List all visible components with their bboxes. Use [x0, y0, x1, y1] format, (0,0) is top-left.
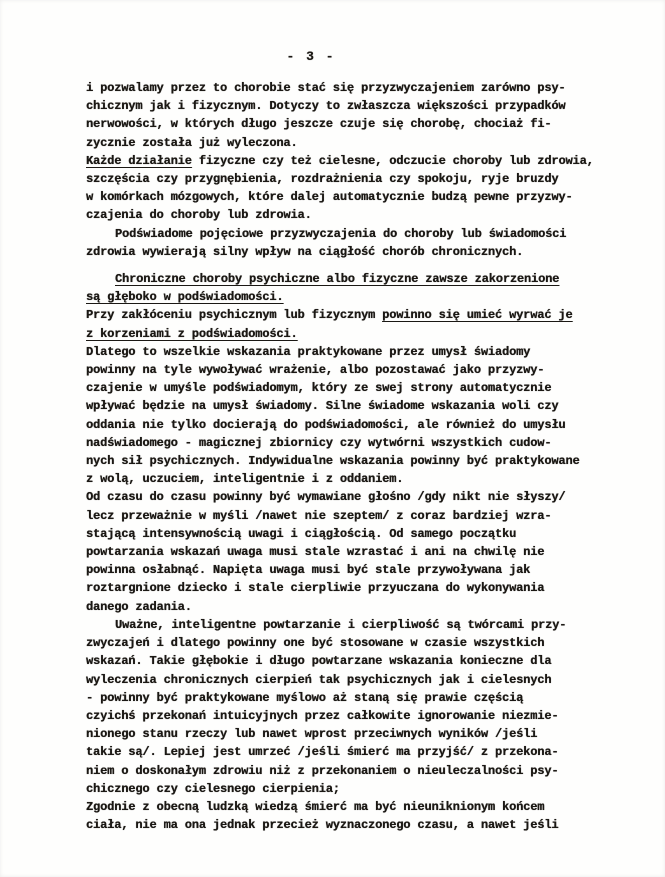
text-segment: Uważne, inteligentne powtarzanie i cierp…: [115, 618, 566, 632]
text-line: powinny na tyle wywoływać wrażenie, albo…: [86, 361, 596, 379]
underlined-text-segment: powinno się umieć wyrwać je: [382, 308, 572, 322]
text-segment: i pozwalamy przez to chorobie stać się p…: [86, 81, 565, 95]
text-segment: Od czasu do czasu powinny być wymawiane …: [86, 490, 565, 504]
text-segment: lecz przeważnie w myśli /nawet nie szept…: [86, 509, 551, 523]
text-line: - powinny być praktykowane myślowo aż st…: [86, 689, 596, 707]
underlined-text-segment: Chroniczne choroby psychiczne albo fizyc…: [115, 272, 559, 286]
text-line: chicznego czy cielesnego cierpienia;: [86, 780, 596, 798]
text-segment: - powinny być praktykowane myślowo aż st…: [86, 691, 523, 705]
text-line: nych sił psychicznych. Indywidualne wska…: [86, 452, 596, 470]
text-line: nerwowości, w których długo jeszcze czuj…: [86, 115, 596, 133]
text-segment: wyleczenia chronicznych cierpień tak psy…: [86, 673, 551, 687]
text-line: roztargnione dziecko i stale cierpliwie …: [86, 579, 596, 597]
text-line: powtarzania wskazań uwaga musi stale wzr…: [86, 543, 596, 561]
text-line: Od czasu do czasu powinny być wymawiane …: [86, 488, 596, 506]
text-line: wyleczenia chronicznych cierpień tak psy…: [86, 671, 596, 689]
text-line: w komórkach mózgowych, które dalej autom…: [86, 188, 596, 206]
text-segment: fizyczne czy też cielesne, odczucie chor…: [192, 154, 594, 168]
text-line: ciała, nie ma ona jednak przecież wyznac…: [86, 816, 596, 834]
text-segment: niem o doskonałym zdrowiu niż z przekona…: [86, 764, 558, 778]
text-line: i pozwalamy przez to chorobie stać się p…: [86, 79, 596, 97]
text-line: z wolą, uczuciem, inteligentnie i z odda…: [86, 470, 596, 488]
text-segment: danego zadania.: [86, 600, 192, 614]
text-block: i pozwalamy przez to chorobie stać się p…: [86, 79, 596, 834]
underlined-text-segment: Każde działanie: [86, 154, 192, 168]
text-segment: chicznego czy cielesnego cierpienia;: [86, 782, 340, 796]
text-segment: w komórkach mózgowych, które dalej autom…: [86, 190, 573, 204]
text-line: Każde działanie fizyczne czy też cielesn…: [86, 152, 596, 170]
text-line: Uważne, inteligentne powtarzanie i cierp…: [86, 616, 596, 634]
text-line: nionego stanu rzeczy lub nawet wprost pr…: [86, 725, 596, 743]
text-line: zdrowia wywierają silny wpływ na ciągłoś…: [86, 243, 596, 261]
page-number: - 3 -: [86, 49, 536, 64]
text-segment: Przy zakłóceniu psychicznym lub fizyczny…: [86, 308, 382, 322]
text-segment: roztargnione dziecko i stale cierpliwie …: [86, 581, 544, 595]
text-segment: chicznym jak i fizycznym. Dotyczy to zwł…: [86, 99, 565, 113]
text-line: czajenie w umyśle podświadomym, który ze…: [86, 379, 596, 397]
text-segment: szczęścia czy przygnębienia, rozdrażnien…: [86, 172, 558, 186]
text-line: chicznym jak i fizycznym. Dotyczy to zwł…: [86, 97, 596, 115]
text-segment: z wolą, uczuciem, inteligentnie i z odda…: [86, 472, 403, 486]
text-line: Dlatego to wszelkie wskazania praktykowa…: [86, 343, 596, 361]
text-line: Zgodnie z obecną ludzką wiedzą śmierć ma…: [86, 798, 596, 816]
text-segment: nionego stanu rzeczy lub nawet wprost pr…: [86, 727, 537, 741]
text-segment: nerwowości, w których długo jeszcze czuj…: [86, 117, 551, 131]
text-segment: Dlatego to wszelkie wskazania praktykowa…: [86, 345, 530, 359]
text-segment: zycznie została już wyleczona.: [86, 136, 298, 150]
underlined-text-segment: są głęboko w podświadomości.: [86, 290, 283, 304]
text-segment: nadświadomego - magicznej zbiornicy czy …: [86, 436, 551, 450]
text-line: stającą intensywnością uwagi i ciągłości…: [86, 525, 596, 543]
text-line: są głęboko w podświadomości.: [86, 288, 596, 306]
text-line: Przy zakłóceniu psychicznym lub fizyczny…: [86, 306, 596, 324]
text-line: wpływać będzie na umysł świadomy. Silne …: [86, 397, 596, 415]
text-segment: wpływać będzie na umysł świadomy. Silne …: [86, 399, 558, 413]
text-line: powinna osłabnąć. Napięta uwaga musi być…: [86, 561, 596, 579]
text-segment: powinna osłabnąć. Napięta uwaga musi być…: [86, 563, 530, 577]
text-line: szczęścia czy przygnębienia, rozdrażnien…: [86, 170, 596, 188]
text-segment: nych sił psychicznych. Indywidualne wska…: [86, 454, 580, 468]
text-line: lecz przeważnie w myśli /nawet nie szept…: [86, 507, 596, 525]
text-line: nadświadomego - magicznej zbiornicy czy …: [86, 434, 596, 452]
text-segment: ciała, nie ma ona jednak przecież wyznac…: [86, 818, 558, 832]
text-segment: takie są/. Lepiej jest umrzeć /jeśli śmi…: [86, 745, 558, 759]
text-line: wskazań. Takie głębokie i długo powtarza…: [86, 652, 596, 670]
text-line: oddania nie tylko docierają do podświado…: [86, 416, 596, 434]
text-segment: czyichś przekonań intuicyjnych przez cał…: [86, 709, 558, 723]
text-line: danego zadania.: [86, 598, 596, 616]
text-segment: zwyczajeń i dlatego powinny one być stos…: [86, 636, 544, 650]
text-segment: czajenie w umyśle podświadomym, który ze…: [86, 381, 551, 395]
text-segment: oddania nie tylko docierają do podświado…: [86, 418, 565, 432]
text-segment: czajenia do choroby lub zdrowia.: [86, 208, 312, 222]
text-line: niem o doskonałym zdrowiu niż z przekona…: [86, 762, 596, 780]
text-line: czyichś przekonań intuicyjnych przez cał…: [86, 707, 596, 725]
underlined-text-segment: z korzeniami z podświadomości.: [86, 327, 298, 341]
text-line: zycznie została już wyleczona.: [86, 134, 596, 152]
text-segment: Zgodnie z obecną ludzką wiedzą śmierć ma…: [86, 800, 544, 814]
text-segment: stającą intensywnością uwagi i ciągłości…: [86, 527, 516, 541]
text-segment: zdrowia wywierają silny wpływ na ciągłoś…: [86, 245, 523, 259]
text-line: czajenia do choroby lub zdrowia.: [86, 206, 596, 224]
text-segment: Podświadome pojęciowe przyzwyczajenia do…: [115, 227, 566, 241]
text-segment: powinny na tyle wywoływać wrażenie, albo…: [86, 363, 544, 377]
text-segment: powtarzania wskazań uwaga musi stale wzr…: [86, 545, 544, 559]
text-line: zwyczajeń i dlatego powinny one być stos…: [86, 634, 596, 652]
text-line: takie są/. Lepiej jest umrzeć /jeśli śmi…: [86, 743, 596, 761]
text-line: Podświadome pojęciowe przyzwyczajenia do…: [86, 225, 596, 243]
text-segment: wskazań. Takie głębokie i długo powtarza…: [86, 654, 551, 668]
text-line: Chroniczne choroby psychiczne albo fizyc…: [86, 270, 596, 288]
text-line: z korzeniami z podświadomości.: [86, 325, 596, 343]
scanned-document-page: - 3 - i pozwalamy przez to chorobie stać…: [0, 0, 665, 877]
